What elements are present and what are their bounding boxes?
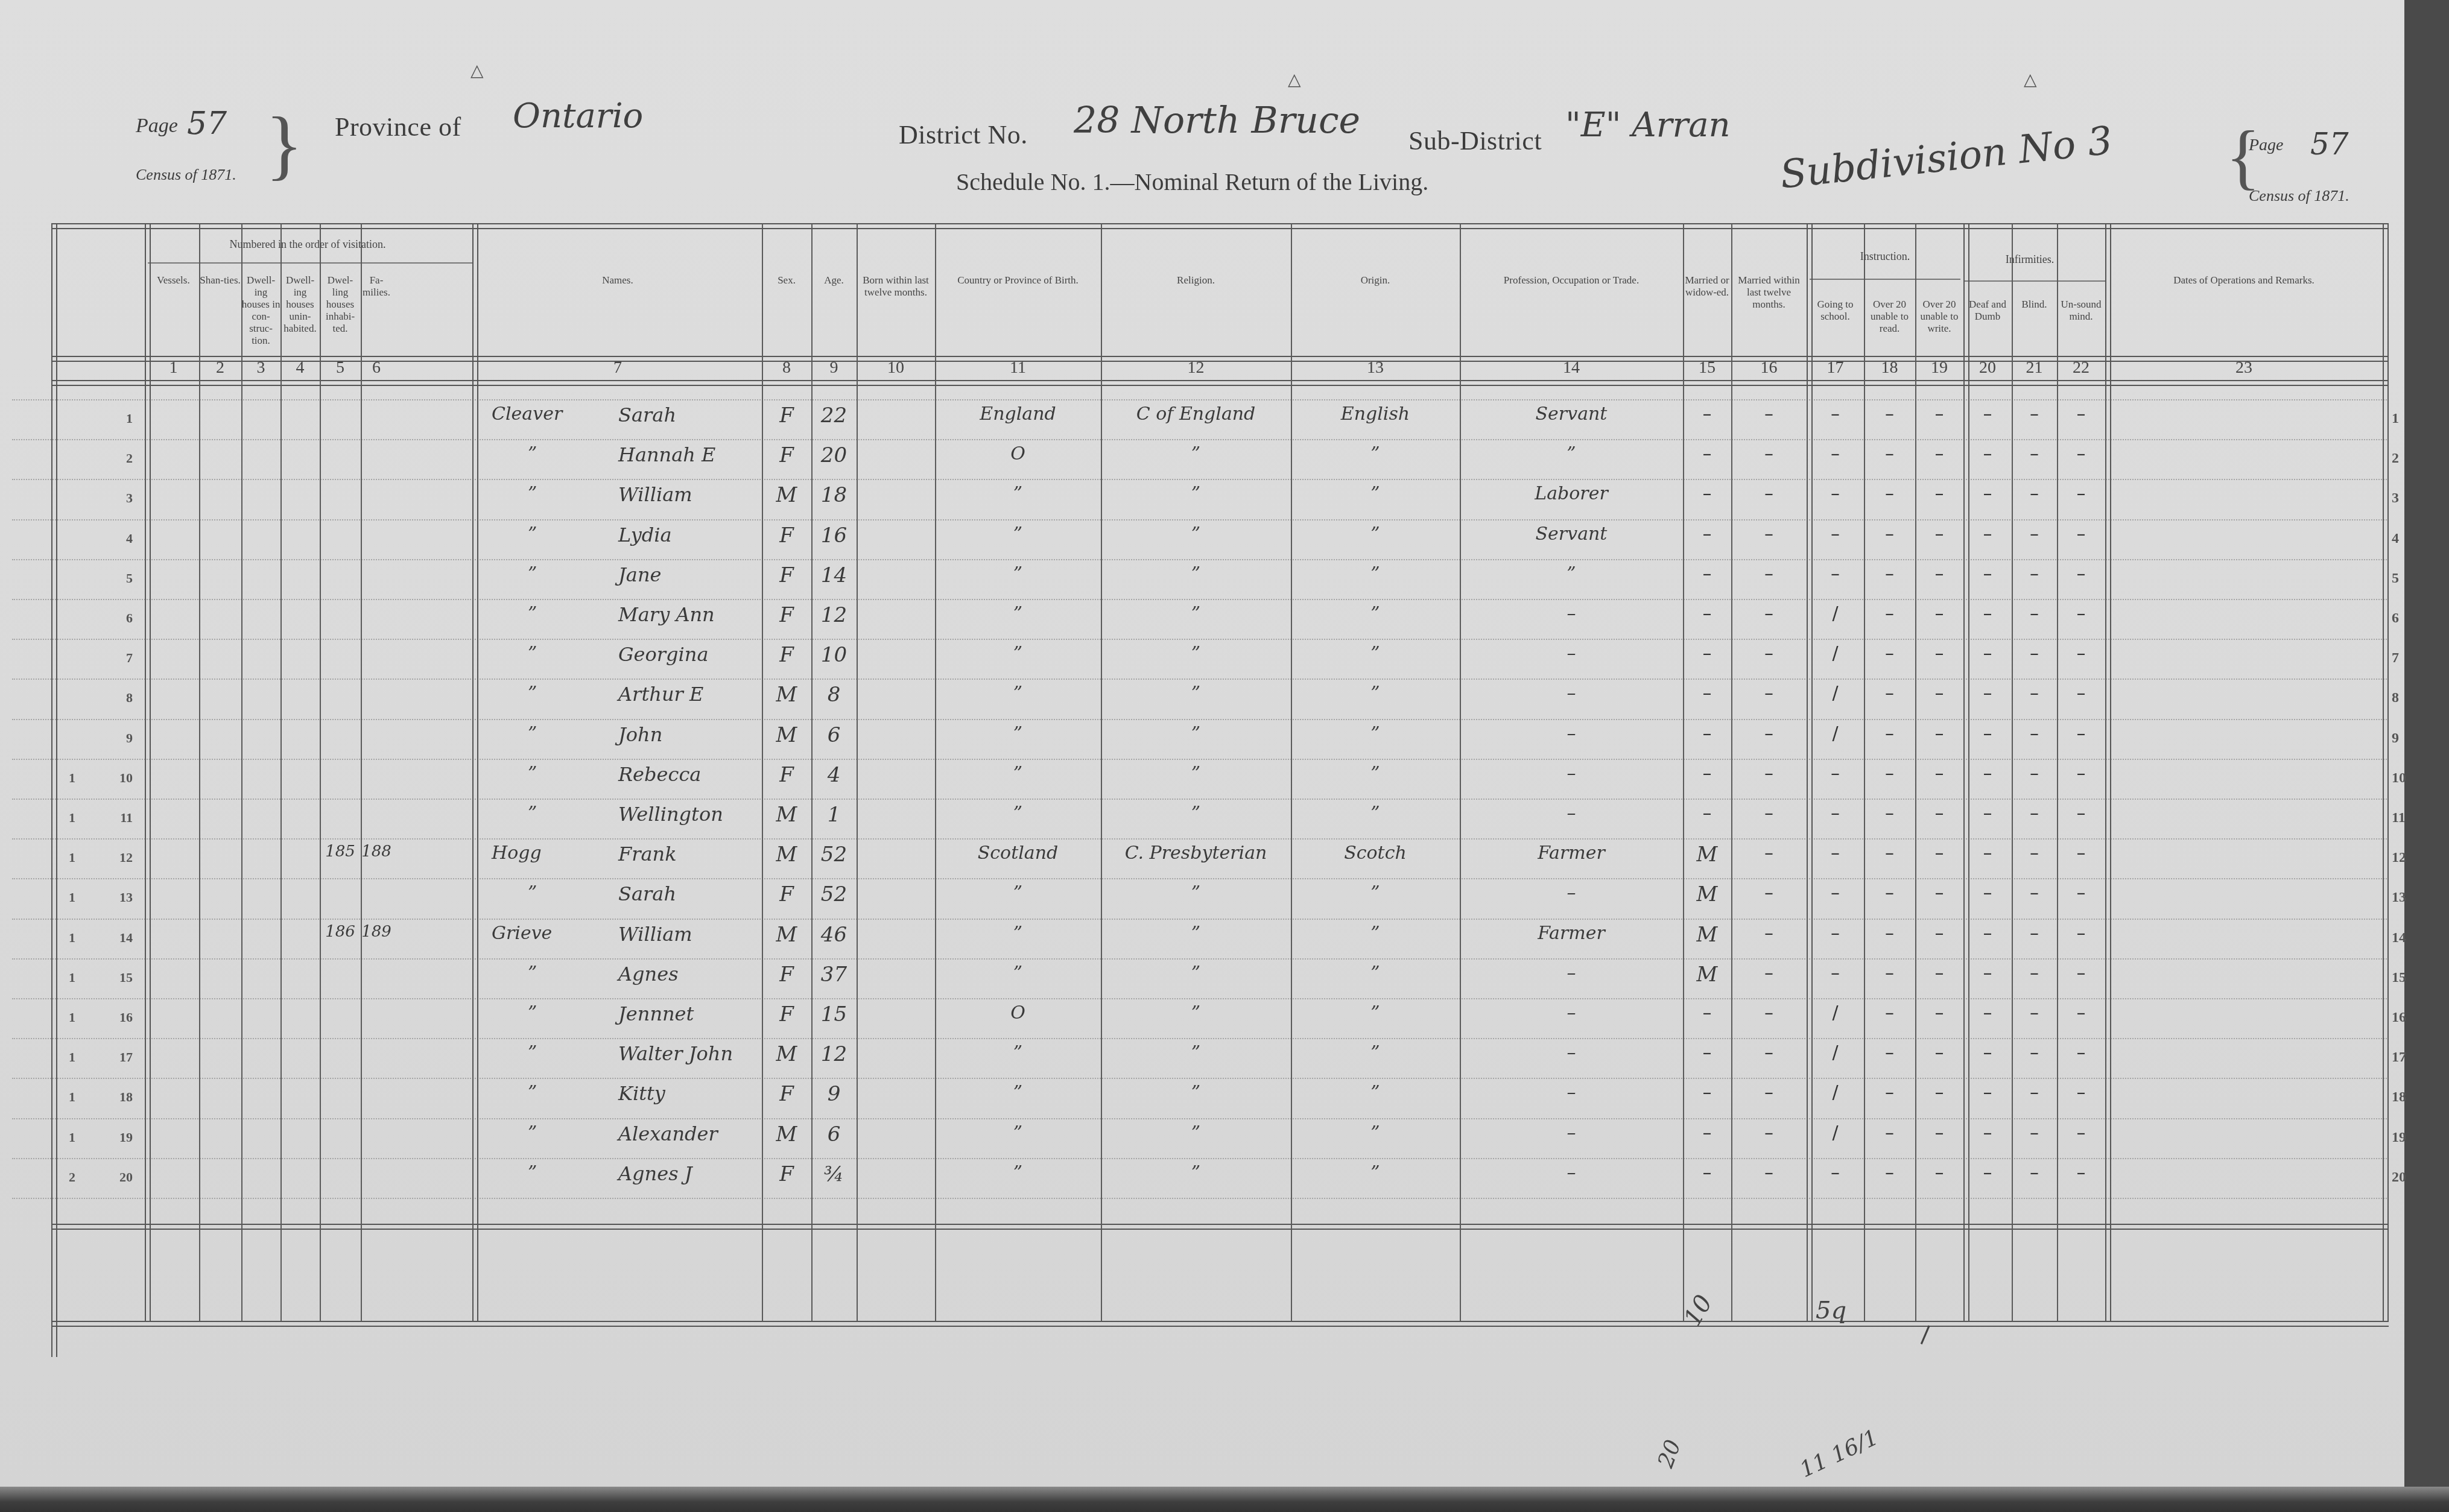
column-rule [320, 223, 321, 1321]
deaf-dumb: – [1963, 723, 2012, 744]
married-recent: – [1731, 403, 1807, 425]
age: 9 [811, 1082, 857, 1106]
occupation: Laborer [1460, 483, 1683, 504]
column-rule [280, 223, 282, 1321]
line-number-right: 17 [2392, 1049, 2416, 1066]
column-header-3: Dwell-ing houses in con-struc-tion. [241, 274, 280, 347]
blind: – [2012, 1162, 2057, 1183]
origin: ” [1291, 443, 1460, 464]
deaf-dumb: – [1963, 563, 2012, 584]
origin: ” [1291, 1122, 1460, 1143]
surname: ” [528, 563, 537, 584]
unable-to-read: – [1864, 723, 1915, 744]
marital-status: – [1683, 483, 1731, 504]
sex: F [762, 563, 811, 587]
unsound-mind: – [2057, 483, 2105, 504]
left-margin-mark: 1 [51, 1089, 75, 1105]
age: 22 [811, 403, 857, 428]
deaf-dumb: – [1963, 483, 2012, 504]
occupation: – [1460, 1002, 1683, 1023]
marital-status: – [1683, 1082, 1731, 1103]
row-rule [51, 1321, 2389, 1327]
sex: M [762, 723, 811, 747]
surname: ” [528, 963, 537, 984]
column-number-14: 14 [1460, 358, 1683, 378]
going-to-school: / [1807, 1002, 1864, 1023]
birthplace: ” [935, 723, 1101, 744]
left-margin-mark: 1 [51, 810, 75, 826]
birthplace: England [935, 403, 1101, 425]
given-name: Hannah E [618, 443, 715, 466]
line-number-left: 10 [97, 770, 133, 786]
deaf-dumb: – [1963, 763, 2012, 784]
married-recent: – [1731, 843, 1807, 864]
marital-status: – [1683, 723, 1731, 744]
unable-to-write: – [1915, 483, 1963, 504]
birthplace: ” [935, 803, 1101, 824]
origin: ” [1291, 643, 1460, 664]
unable-to-read: – [1864, 1162, 1915, 1183]
line-number-right: 2 [2392, 451, 2416, 467]
row-rule [148, 262, 474, 264]
sex: F [762, 963, 811, 987]
unable-to-write: – [1915, 1042, 1963, 1063]
going-to-school: – [1807, 843, 1864, 864]
unable-to-write: – [1915, 803, 1963, 824]
unable-to-write: – [1915, 603, 1963, 624]
line-number-right: 10 [2392, 770, 2416, 786]
unable-to-write: – [1915, 1082, 1963, 1103]
going-to-school: – [1807, 1162, 1864, 1183]
column-number-6: 6 [361, 358, 392, 378]
line-number-left: 3 [97, 490, 133, 506]
blind: – [2012, 843, 2057, 864]
unsound-mind: – [2057, 843, 2105, 864]
origin: ” [1291, 603, 1460, 624]
occupation: – [1460, 882, 1683, 903]
row-rule [12, 599, 2389, 600]
given-name: Agnes J [618, 1162, 692, 1185]
unable-to-read: – [1864, 923, 1915, 944]
birthplace: ” [935, 524, 1101, 545]
column-number-5: 5 [320, 358, 361, 378]
occupation: Servant [1460, 524, 1683, 545]
going-to-school: – [1807, 923, 1864, 944]
age: 52 [811, 843, 857, 867]
line-number-right: 7 [2392, 650, 2416, 666]
blind: – [2012, 1042, 2057, 1063]
dwelling-number: 186 [320, 923, 361, 941]
column-header-13: Origin. [1291, 274, 1460, 286]
going-to-school: / [1807, 1042, 1864, 1063]
surname: ” [528, 683, 537, 704]
line-number-left: 18 [97, 1089, 133, 1105]
origin: ” [1291, 803, 1460, 824]
row-rule [12, 1078, 2389, 1079]
married-recent: – [1731, 963, 1807, 984]
family-number: 188 [361, 843, 392, 861]
blind: – [2012, 403, 2057, 425]
going-to-school: – [1807, 803, 1864, 824]
column-header-21: Blind. [2012, 299, 2057, 311]
line-number-left: 8 [97, 690, 133, 706]
blind: – [2012, 763, 2057, 784]
going-to-school: – [1807, 403, 1864, 425]
row-rule [51, 1224, 2389, 1230]
occupation: – [1460, 1042, 1683, 1063]
age: 16 [811, 524, 857, 548]
going-to-school: – [1807, 763, 1864, 784]
marital-status: M [1683, 963, 1731, 987]
unable-to-read: – [1864, 843, 1915, 864]
given-name: Georgina [618, 643, 708, 666]
left-margin-mark: 1 [51, 770, 75, 786]
marital-status: – [1683, 1042, 1731, 1063]
unsound-mind: – [2057, 723, 2105, 744]
occupation: Farmer [1460, 923, 1683, 944]
line-number-right: 20 [2392, 1169, 2416, 1186]
line-number-left: 17 [97, 1049, 133, 1065]
column-header-6: Fa-milies. [361, 274, 392, 299]
blind: – [2012, 923, 2057, 944]
family-number: 189 [361, 923, 392, 941]
unsound-mind: – [2057, 524, 2105, 545]
blind: – [2012, 643, 2057, 664]
line-number-left: 12 [97, 850, 133, 865]
religion: ” [1101, 683, 1291, 704]
sex: M [762, 843, 811, 867]
married-recent: – [1731, 1162, 1807, 1183]
unsound-mind: – [2057, 1042, 2105, 1063]
occupation: – [1460, 1122, 1683, 1143]
unable-to-write: – [1915, 1002, 1963, 1023]
row-rule [12, 759, 2389, 760]
given-name: Mary Ann [618, 603, 715, 626]
occupation: – [1460, 723, 1683, 744]
surname: ” [528, 1122, 537, 1143]
column-header-7: Names. [474, 274, 762, 286]
column-number-15: 15 [1683, 358, 1731, 378]
unable-to-write: – [1915, 923, 1963, 944]
sex: M [762, 683, 811, 707]
unsound-mind: – [2057, 563, 2105, 584]
origin: ” [1291, 1042, 1460, 1063]
row-rule [1963, 280, 2105, 282]
column-number-23: 23 [2105, 358, 2383, 378]
birthplace: ” [935, 1082, 1101, 1103]
unsound-mind: – [2057, 882, 2105, 903]
married-recent: – [1731, 443, 1807, 464]
column-number-13: 13 [1291, 358, 1460, 378]
column-number-10: 10 [857, 358, 935, 378]
row-rule [1810, 279, 1960, 280]
column-header-10: Born within last twelve months. [857, 274, 935, 299]
origin: ” [1291, 1082, 1460, 1103]
occupation: – [1460, 1082, 1683, 1103]
column-number-20: 20 [1963, 358, 2012, 378]
column-header-17: Going to school. [1807, 299, 1864, 323]
column-header-22: Un-sound mind. [2057, 299, 2105, 323]
row-rule [12, 1118, 2389, 1119]
unable-to-read: – [1864, 1002, 1915, 1023]
unable-to-write: – [1915, 683, 1963, 704]
unsound-mind: – [2057, 923, 2105, 944]
column-number-8: 8 [762, 358, 811, 378]
going-to-school: / [1807, 723, 1864, 744]
religion: ” [1101, 1122, 1291, 1143]
marital-status: – [1683, 683, 1731, 704]
religion: ” [1101, 1042, 1291, 1063]
marital-status: – [1683, 803, 1731, 824]
birthplace: ” [935, 1162, 1101, 1183]
line-number-left: 11 [97, 810, 133, 826]
religion: ” [1101, 923, 1291, 944]
given-name: Wellington [618, 803, 723, 826]
unable-to-write: – [1915, 1162, 1963, 1183]
column-header-15: Married or widow-ed. [1683, 274, 1731, 299]
going-to-school: / [1807, 1082, 1864, 1103]
going-to-school: – [1807, 524, 1864, 545]
column-header-1: Vessels. [148, 274, 199, 286]
surname: ” [528, 524, 537, 545]
surname: ” [528, 1162, 537, 1183]
surname: ” [528, 763, 537, 784]
row-rule [12, 919, 2389, 920]
row-rule [12, 399, 2389, 400]
surname: Cleaver [492, 403, 562, 425]
religion: ” [1101, 603, 1291, 624]
origin: English [1291, 403, 1460, 425]
unsound-mind: – [2057, 1002, 2105, 1023]
group-instruction-header: Instruction. [1816, 250, 1954, 263]
line-number-right: 14 [2392, 930, 2416, 946]
married-recent: – [1731, 643, 1807, 664]
religion: ” [1101, 483, 1291, 504]
deaf-dumb: – [1963, 603, 2012, 624]
line-number-right: 8 [2392, 690, 2416, 706]
column-number-3: 3 [241, 358, 280, 378]
unable-to-write: – [1915, 723, 1963, 744]
deaf-dumb: – [1963, 843, 2012, 864]
age: 46 [811, 923, 857, 947]
deaf-dumb: – [1963, 643, 2012, 664]
column-rule [199, 223, 200, 1321]
deaf-dumb: – [1963, 524, 2012, 545]
marital-status: – [1683, 403, 1731, 425]
line-number-left: 4 [97, 531, 133, 546]
column-header-16: Married within last twelve months. [1731, 274, 1807, 311]
unsound-mind: – [2057, 603, 2105, 624]
unable-to-read: – [1864, 603, 1915, 624]
row-rule [12, 878, 2389, 879]
group-visitation-header: Numbered in the order of visitation. [145, 238, 470, 251]
surname: Grieve [492, 923, 552, 944]
row-rule [12, 559, 2389, 560]
column-header-4: Dwell-ing houses unin-habited. [280, 274, 320, 335]
going-to-school: / [1807, 603, 1864, 624]
left-margin-mark: 1 [51, 970, 75, 985]
unable-to-read: – [1864, 803, 1915, 824]
religion: ” [1101, 1162, 1291, 1183]
occupation: Farmer [1460, 843, 1683, 864]
occupation: ” [1460, 443, 1683, 464]
deaf-dumb: – [1963, 882, 2012, 903]
line-number-left: 20 [97, 1169, 133, 1185]
given-name: Jennnet [618, 1002, 694, 1025]
given-name: Walter John [618, 1042, 733, 1065]
column-header-14: Profession, Occupation or Trade. [1460, 274, 1683, 286]
given-name: Arthur E [618, 683, 703, 706]
birthplace: ” [935, 563, 1101, 584]
origin: ” [1291, 1162, 1460, 1183]
left-margin-mark: 1 [51, 930, 75, 946]
age: 12 [811, 603, 857, 627]
blind: – [2012, 483, 2057, 504]
surname: ” [528, 882, 537, 903]
occupation: Servant [1460, 403, 1683, 425]
surname: ” [528, 483, 537, 504]
sex: F [762, 403, 811, 428]
unable-to-read: – [1864, 1042, 1915, 1063]
unable-to-read: – [1864, 443, 1915, 464]
religion: ” [1101, 803, 1291, 824]
column-rule [145, 223, 151, 1321]
line-number-right: 3 [2392, 490, 2416, 507]
occupation: ” [1460, 563, 1683, 584]
column-rule [2383, 223, 2389, 1321]
column-header-20: Deaf and Dumb [1963, 299, 2012, 323]
age: 8 [811, 683, 857, 707]
unsound-mind: – [2057, 1082, 2105, 1103]
surname: ” [528, 1042, 537, 1063]
marital-status: – [1683, 1122, 1731, 1143]
row-rule [12, 719, 2389, 720]
married-recent: – [1731, 723, 1807, 744]
unable-to-read: – [1864, 763, 1915, 784]
column-number-1: 1 [148, 358, 199, 378]
row-rule [12, 799, 2389, 800]
sex: M [762, 483, 811, 507]
birthplace: ” [935, 483, 1101, 504]
married-recent: – [1731, 524, 1807, 545]
occupation: – [1460, 1162, 1683, 1183]
row-rule [12, 838, 2389, 840]
unable-to-write: – [1915, 524, 1963, 545]
deaf-dumb: – [1963, 1162, 2012, 1183]
row-rule [12, 439, 2389, 440]
married-recent: – [1731, 1042, 1807, 1063]
religion: ” [1101, 963, 1291, 984]
surname: ” [528, 603, 537, 624]
origin: ” [1291, 723, 1460, 744]
married-recent: – [1731, 803, 1807, 824]
left-margin-mark: 1 [51, 1130, 75, 1145]
row-rule [12, 479, 2389, 480]
birthplace: O [935, 443, 1101, 464]
surname: ” [528, 443, 537, 464]
line-number-left: 5 [97, 571, 133, 586]
origin: ” [1291, 524, 1460, 545]
row-rule [12, 679, 2389, 680]
age: 52 [811, 882, 857, 906]
birthplace: ” [935, 882, 1101, 903]
column-rule [857, 223, 858, 1321]
religion: ” [1101, 1002, 1291, 1023]
line-number-right: 1 [2392, 411, 2416, 427]
unable-to-write: – [1915, 843, 1963, 864]
sex: M [762, 923, 811, 947]
religion: ” [1101, 643, 1291, 664]
surname: ” [528, 723, 537, 744]
surname: ” [528, 1082, 537, 1103]
going-to-school: – [1807, 443, 1864, 464]
religion: ” [1101, 443, 1291, 464]
age: 10 [811, 643, 857, 667]
married-recent: – [1731, 483, 1807, 504]
unable-to-write: – [1915, 443, 1963, 464]
unsound-mind: – [2057, 643, 2105, 664]
column-rule [241, 223, 242, 1321]
column-number-21: 21 [2012, 358, 2057, 378]
age: 12 [811, 1042, 857, 1066]
age: 37 [811, 963, 857, 987]
line-number-right: 19 [2392, 1130, 2416, 1146]
sex: F [762, 643, 811, 667]
age: 14 [811, 563, 857, 587]
blind: – [2012, 1082, 2057, 1103]
birthplace: ” [935, 963, 1101, 984]
deaf-dumb: – [1963, 403, 2012, 425]
unable-to-write: – [1915, 403, 1963, 425]
unable-to-read: – [1864, 882, 1915, 903]
left-margin-mark: 1 [51, 890, 75, 905]
origin: ” [1291, 683, 1460, 704]
unable-to-write: – [1915, 1122, 1963, 1143]
marital-status: – [1683, 524, 1731, 545]
line-number-right: 4 [2392, 531, 2416, 547]
total-school: 5q [1816, 1297, 1846, 1324]
marital-status: – [1683, 443, 1731, 464]
religion: ” [1101, 763, 1291, 784]
column-header-19: Over 20 unable to write. [1915, 299, 1963, 335]
column-number-7: 7 [474, 358, 762, 378]
line-number-right: 12 [2392, 850, 2416, 866]
column-rule [2105, 223, 2111, 1321]
origin: ” [1291, 563, 1460, 584]
unable-to-write: – [1915, 563, 1963, 584]
blind: – [2012, 683, 2057, 704]
line-number-right: 5 [2392, 571, 2416, 587]
column-number-4: 4 [280, 358, 320, 378]
sex: F [762, 1162, 811, 1186]
census-table-grid [0, 0, 2449, 1512]
line-number-right: 9 [2392, 730, 2416, 747]
sex: F [762, 524, 811, 548]
married-recent: – [1731, 603, 1807, 624]
line-number-left: 16 [97, 1010, 133, 1025]
column-number-9: 9 [811, 358, 857, 378]
row-rule [51, 380, 2389, 386]
column-header-18: Over 20 unable to read. [1864, 299, 1915, 335]
column-rule [361, 223, 362, 1321]
marital-status: – [1683, 1162, 1731, 1183]
religion: ” [1101, 1082, 1291, 1103]
unsound-mind: – [2057, 443, 2105, 464]
line-number-left: 2 [97, 451, 133, 466]
column-number-12: 12 [1101, 358, 1291, 378]
married-recent: – [1731, 563, 1807, 584]
row-rule [12, 639, 2389, 640]
